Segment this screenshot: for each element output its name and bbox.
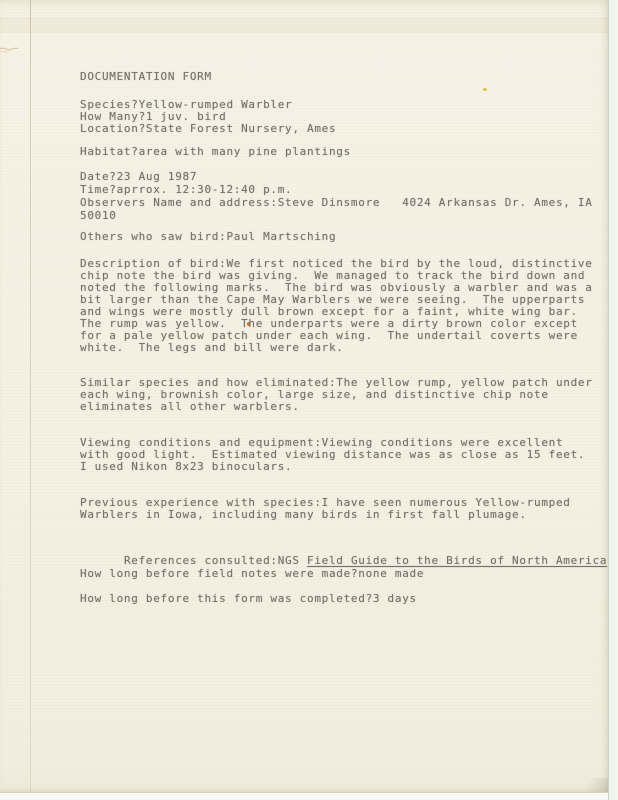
paper-fold-line xyxy=(30,0,31,800)
references-label: References consulted:NGS xyxy=(124,554,307,567)
yellow-ink-speck xyxy=(483,88,487,91)
field-notes-line: How long before field notes were made?no… xyxy=(80,568,424,580)
scanner-background-bottom xyxy=(0,792,608,800)
species-howmany-location-block: Species?Yellow-rumped Warbler How Many?1… xyxy=(80,99,336,135)
similar-species-block: Similar species and how eliminated:The y… xyxy=(80,377,593,413)
viewing-conditions-block: Viewing conditions and equipment:Viewing… xyxy=(80,437,585,473)
references-book-title: Field Guide to the Birds of North Americ… xyxy=(307,554,607,567)
others-who-saw-bird-line: Others who saw bird:Paul Martsching xyxy=(80,231,336,243)
scan-light-band xyxy=(0,17,608,33)
scanned-document-screen: DOCUMENTATION FORM Species?Yellow-rumped… xyxy=(0,0,618,800)
pencil-squiggle-mark xyxy=(0,40,20,58)
form-title: DOCUMENTATION FORM xyxy=(80,70,212,83)
habitat-line: Habitat?area with many pine plantings xyxy=(80,146,351,158)
form-completed-line: How long before this form was completed?… xyxy=(80,593,417,605)
documentation-form-page: DOCUMENTATION FORM Species?Yellow-rumped… xyxy=(0,0,608,792)
scanner-background-right xyxy=(608,0,618,800)
page-corner-shadow xyxy=(558,778,608,792)
orange-ink-speck xyxy=(247,322,250,326)
description-of-bird-block: Description of bird:We first noticed the… xyxy=(80,258,593,354)
date-time-observers-block: Date?23 Aug 1987 Time?aprrox. 12:30-12:4… xyxy=(80,170,593,222)
previous-experience-block: Previous experience with species:I have … xyxy=(80,497,571,521)
